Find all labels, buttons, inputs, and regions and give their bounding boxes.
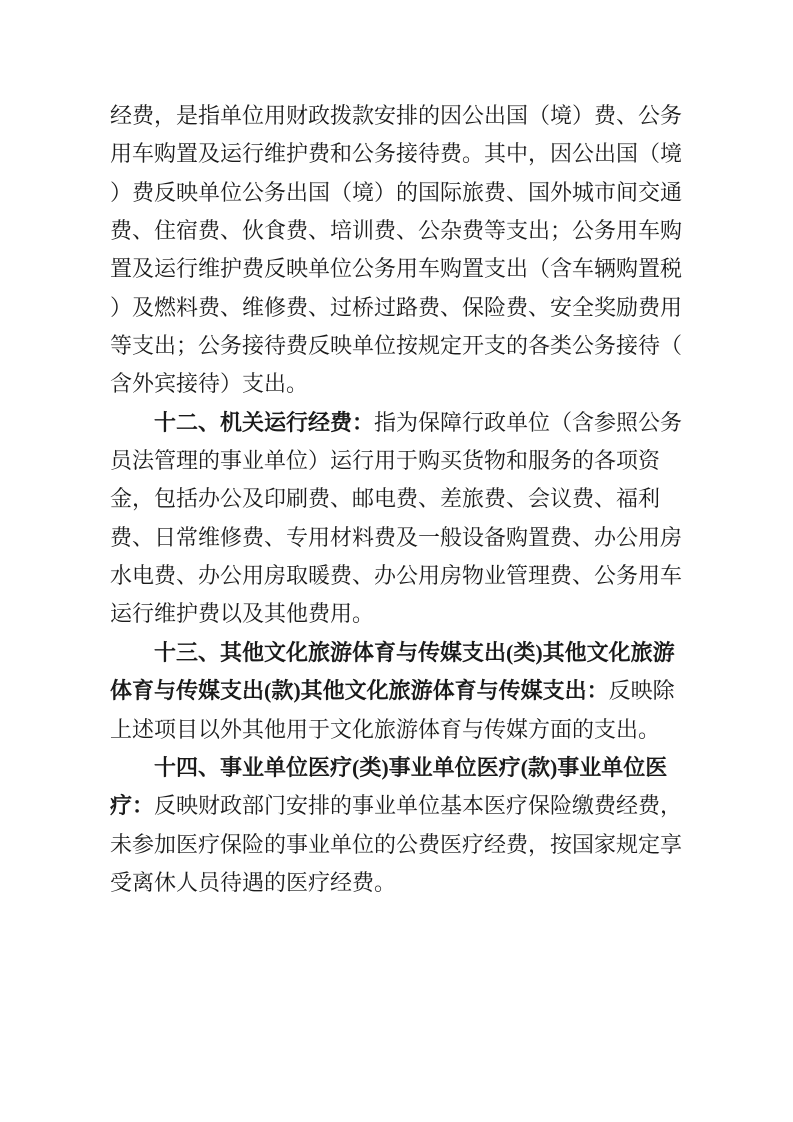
text-line: 十二、机关运行经费：指为保障行政单位（含参照公务: [110, 404, 690, 442]
text-run: 等支出；公务接待费反映单位按规定开支的各类公务接待（: [110, 333, 682, 358]
text-line: 员法管理的事业单位）运行用于购买货物和服务的各项资: [110, 442, 690, 480]
bold-text-run: 疗：: [110, 793, 154, 818]
text-run: 反映除: [609, 678, 675, 703]
text-run: 金，包括办公及印刷费、邮电费、差旅费、会议费、福利: [110, 486, 660, 511]
para-13-other-culture-tourism-sports-media-expenditure: 十三、其他文化旅游体育与传媒支出(类)其他文化旅游体育与传媒支出(款)其他文化旅…: [110, 634, 690, 749]
text-run: 受离休人员待遇的医疗经费。: [110, 870, 396, 895]
bold-text-run: 十三、其他文化旅游体育与传媒支出(类)其他文化旅游: [154, 640, 675, 665]
text-run: 费、日常维修费、专用材料费及一般设备购置费、办公用房: [110, 525, 682, 550]
text-line: 未参加医疗保险的事业单位的公费医疗经费，按国家规定享: [110, 826, 690, 864]
text-line: 置及运行维护费反映单位公务用车购置支出（含车辆购置税: [110, 250, 690, 288]
para-14-public-institution-medical-care: 十四、事业单位医疗(类)事业单位医疗(款)事业单位医疗：反映财政部门安排的事业单…: [110, 749, 690, 902]
text-line: 等支出；公务接待费反映单位按规定开支的各类公务接待（: [110, 327, 690, 365]
text-run: 运行维护费以及其他费用。: [110, 601, 374, 626]
text-line: 体育与传媒支出(款)其他文化旅游体育与传媒支出：反映除: [110, 672, 690, 710]
text-line: 十三、其他文化旅游体育与传媒支出(类)其他文化旅游: [110, 634, 690, 672]
text-line: 受离休人员待遇的医疗经费。: [110, 864, 690, 902]
document-page: 经费，是指单位用财政拨款安排的因公出国（境）费、公务用车购置及运行维护费和公务接…: [0, 0, 793, 1122]
text-run: 未参加医疗保险的事业单位的公费医疗经费，按国家规定享: [110, 832, 682, 857]
text-line: 费、日常维修费、专用材料费及一般设备购置费、办公用房: [110, 519, 690, 557]
text-run: 经费，是指单位用财政拨款安排的因公出国（境）费、公务: [110, 103, 682, 128]
text-run: 置及运行维护费反映单位公务用车购置支出（含车辆购置税: [110, 256, 682, 281]
text-line: 含外宾接待）支出。: [110, 365, 690, 403]
text-run: 含外宾接待）支出。: [110, 371, 308, 396]
text-line: ）及燃料费、维修费、过桥过路费、保险费、安全奖励费用: [110, 289, 690, 327]
text-line: 用车购置及运行维护费和公务接待费。其中，因公出国（境: [110, 135, 690, 173]
bold-text-run: 十二、机关运行经费：: [154, 410, 374, 435]
document-body: 经费，是指单位用财政拨款安排的因公出国（境）费、公务用车购置及运行维护费和公务接…: [110, 97, 690, 902]
text-run: ）费反映单位公务出国（境）的国际旅费、国外城市间交通: [110, 180, 682, 205]
text-line: 经费，是指单位用财政拨款安排的因公出国（境）费、公务: [110, 97, 690, 135]
text-line: 十四、事业单位医疗(类)事业单位医疗(款)事业单位医: [110, 749, 690, 787]
bold-text-run: 体育与传媒支出(款)其他文化旅游体育与传媒支出：: [110, 678, 609, 703]
text-line: 运行维护费以及其他费用。: [110, 595, 690, 633]
text-run: 水电费、办公用房取暖费、办公用房物业管理费、公务用车: [110, 563, 682, 588]
text-line: 水电费、办公用房取暖费、办公用房物业管理费、公务用车: [110, 557, 690, 595]
text-run: 费、住宿费、伙食费、培训费、公杂费等支出；公务用车购: [110, 218, 682, 243]
text-run: 上述项目以外其他用于文化旅游体育与传媒方面的支出。: [110, 717, 660, 742]
text-run: 反映财政部门安排的事业单位基本医疗保险缴费经费，: [154, 793, 682, 818]
bold-text-run: 十四、事业单位医疗(类)事业单位医疗(款)事业单位医: [154, 755, 667, 780]
text-line: 金，包括办公及印刷费、邮电费、差旅费、会议费、福利: [110, 480, 690, 518]
text-run: ）及燃料费、维修费、过桥过路费、保险费、安全奖励费用: [110, 295, 682, 320]
text-run: 指为保障行政单位（含参照公务: [374, 410, 682, 435]
text-line: 疗：反映财政部门安排的事业单位基本医疗保险缴费经费，: [110, 787, 690, 825]
text-line: ）费反映单位公务出国（境）的国际旅费、国外城市间交通: [110, 174, 690, 212]
text-line: 费、住宿费、伙食费、培训费、公杂费等支出；公务用车购: [110, 212, 690, 250]
para-12-agency-operating-funds: 十二、机关运行经费：指为保障行政单位（含参照公务员法管理的事业单位）运行用于购买…: [110, 404, 690, 634]
text-run: 用车购置及运行维护费和公务接待费。其中，因公出国（境: [110, 141, 682, 166]
text-run: 员法管理的事业单位）运行用于购买货物和服务的各项资: [110, 448, 660, 473]
para-sanGong-expenses-continuation: 经费，是指单位用财政拨款安排的因公出国（境）费、公务用车购置及运行维护费和公务接…: [110, 97, 690, 404]
text-line: 上述项目以外其他用于文化旅游体育与传媒方面的支出。: [110, 711, 690, 749]
